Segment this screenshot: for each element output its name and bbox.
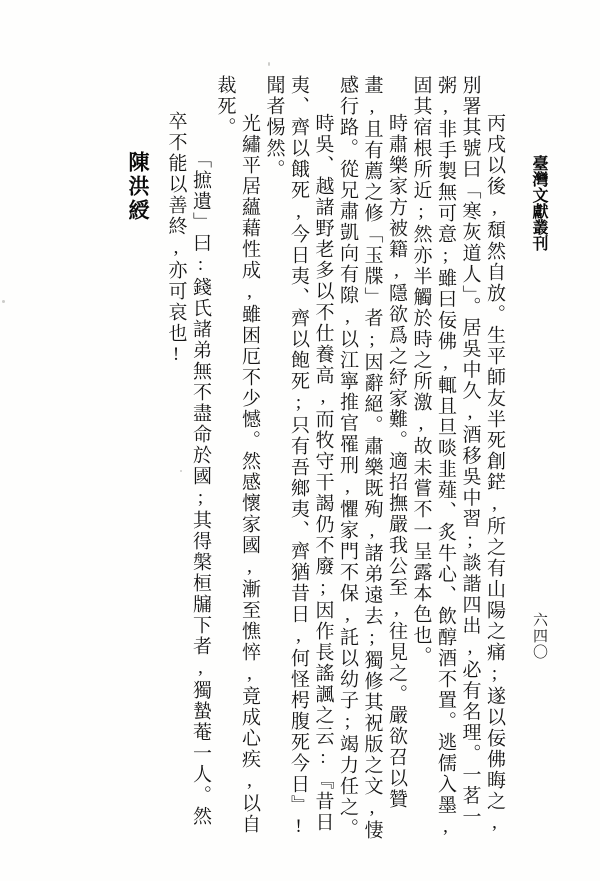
next-section-title: 陳洪綬 — [126, 75, 151, 847]
paragraph-2: 時肅樂家方被籍,隱欲爲之紓家難。適招撫嚴我公至,往見之。嚴欲召以贊畫,且有薦之修… — [335, 75, 409, 847]
book-page: 臺灣文獻叢刊 六四〇 丙戌以後,頹然自放。生平師友半死創鋩,所之有山陽之痛;遂以… — [0, 0, 600, 881]
scan-speck — [2, 300, 5, 303]
paragraph-4: 光繡平居蘊藉性成,雖困厄不少憾。然感懷家國,漸至憔悴,竟成心疾,以自裁死。 — [212, 75, 261, 847]
series-running-head: 臺灣文獻叢刊 — [527, 155, 550, 251]
page-number: 六四〇 — [529, 612, 550, 660]
editor-comment: 「摭遺」曰:錢氏諸弟無不盡命於國;其得槃桓牖下者,獨蟄菴一人。然卒不能以善終,亦… — [163, 75, 212, 847]
scan-speck — [180, 470, 182, 472]
paragraph-3: 時吳、越諸野老多以不仕養高,而牧守干謁仍不廢;因作長謠諷之云:『昔日夷、齊以餓死… — [261, 75, 335, 847]
text-block: 丙戌以後,頹然自放。生平師友半死創鋩,所之有山陽之痛;遂以佞佛晦之,別署其號曰「… — [56, 75, 506, 847]
scan-speck — [268, 62, 270, 66]
paragraph-1: 丙戌以後,頹然自放。生平師友半死創鋩,所之有山陽之痛;遂以佞佛晦之,別署其號曰「… — [408, 75, 506, 847]
